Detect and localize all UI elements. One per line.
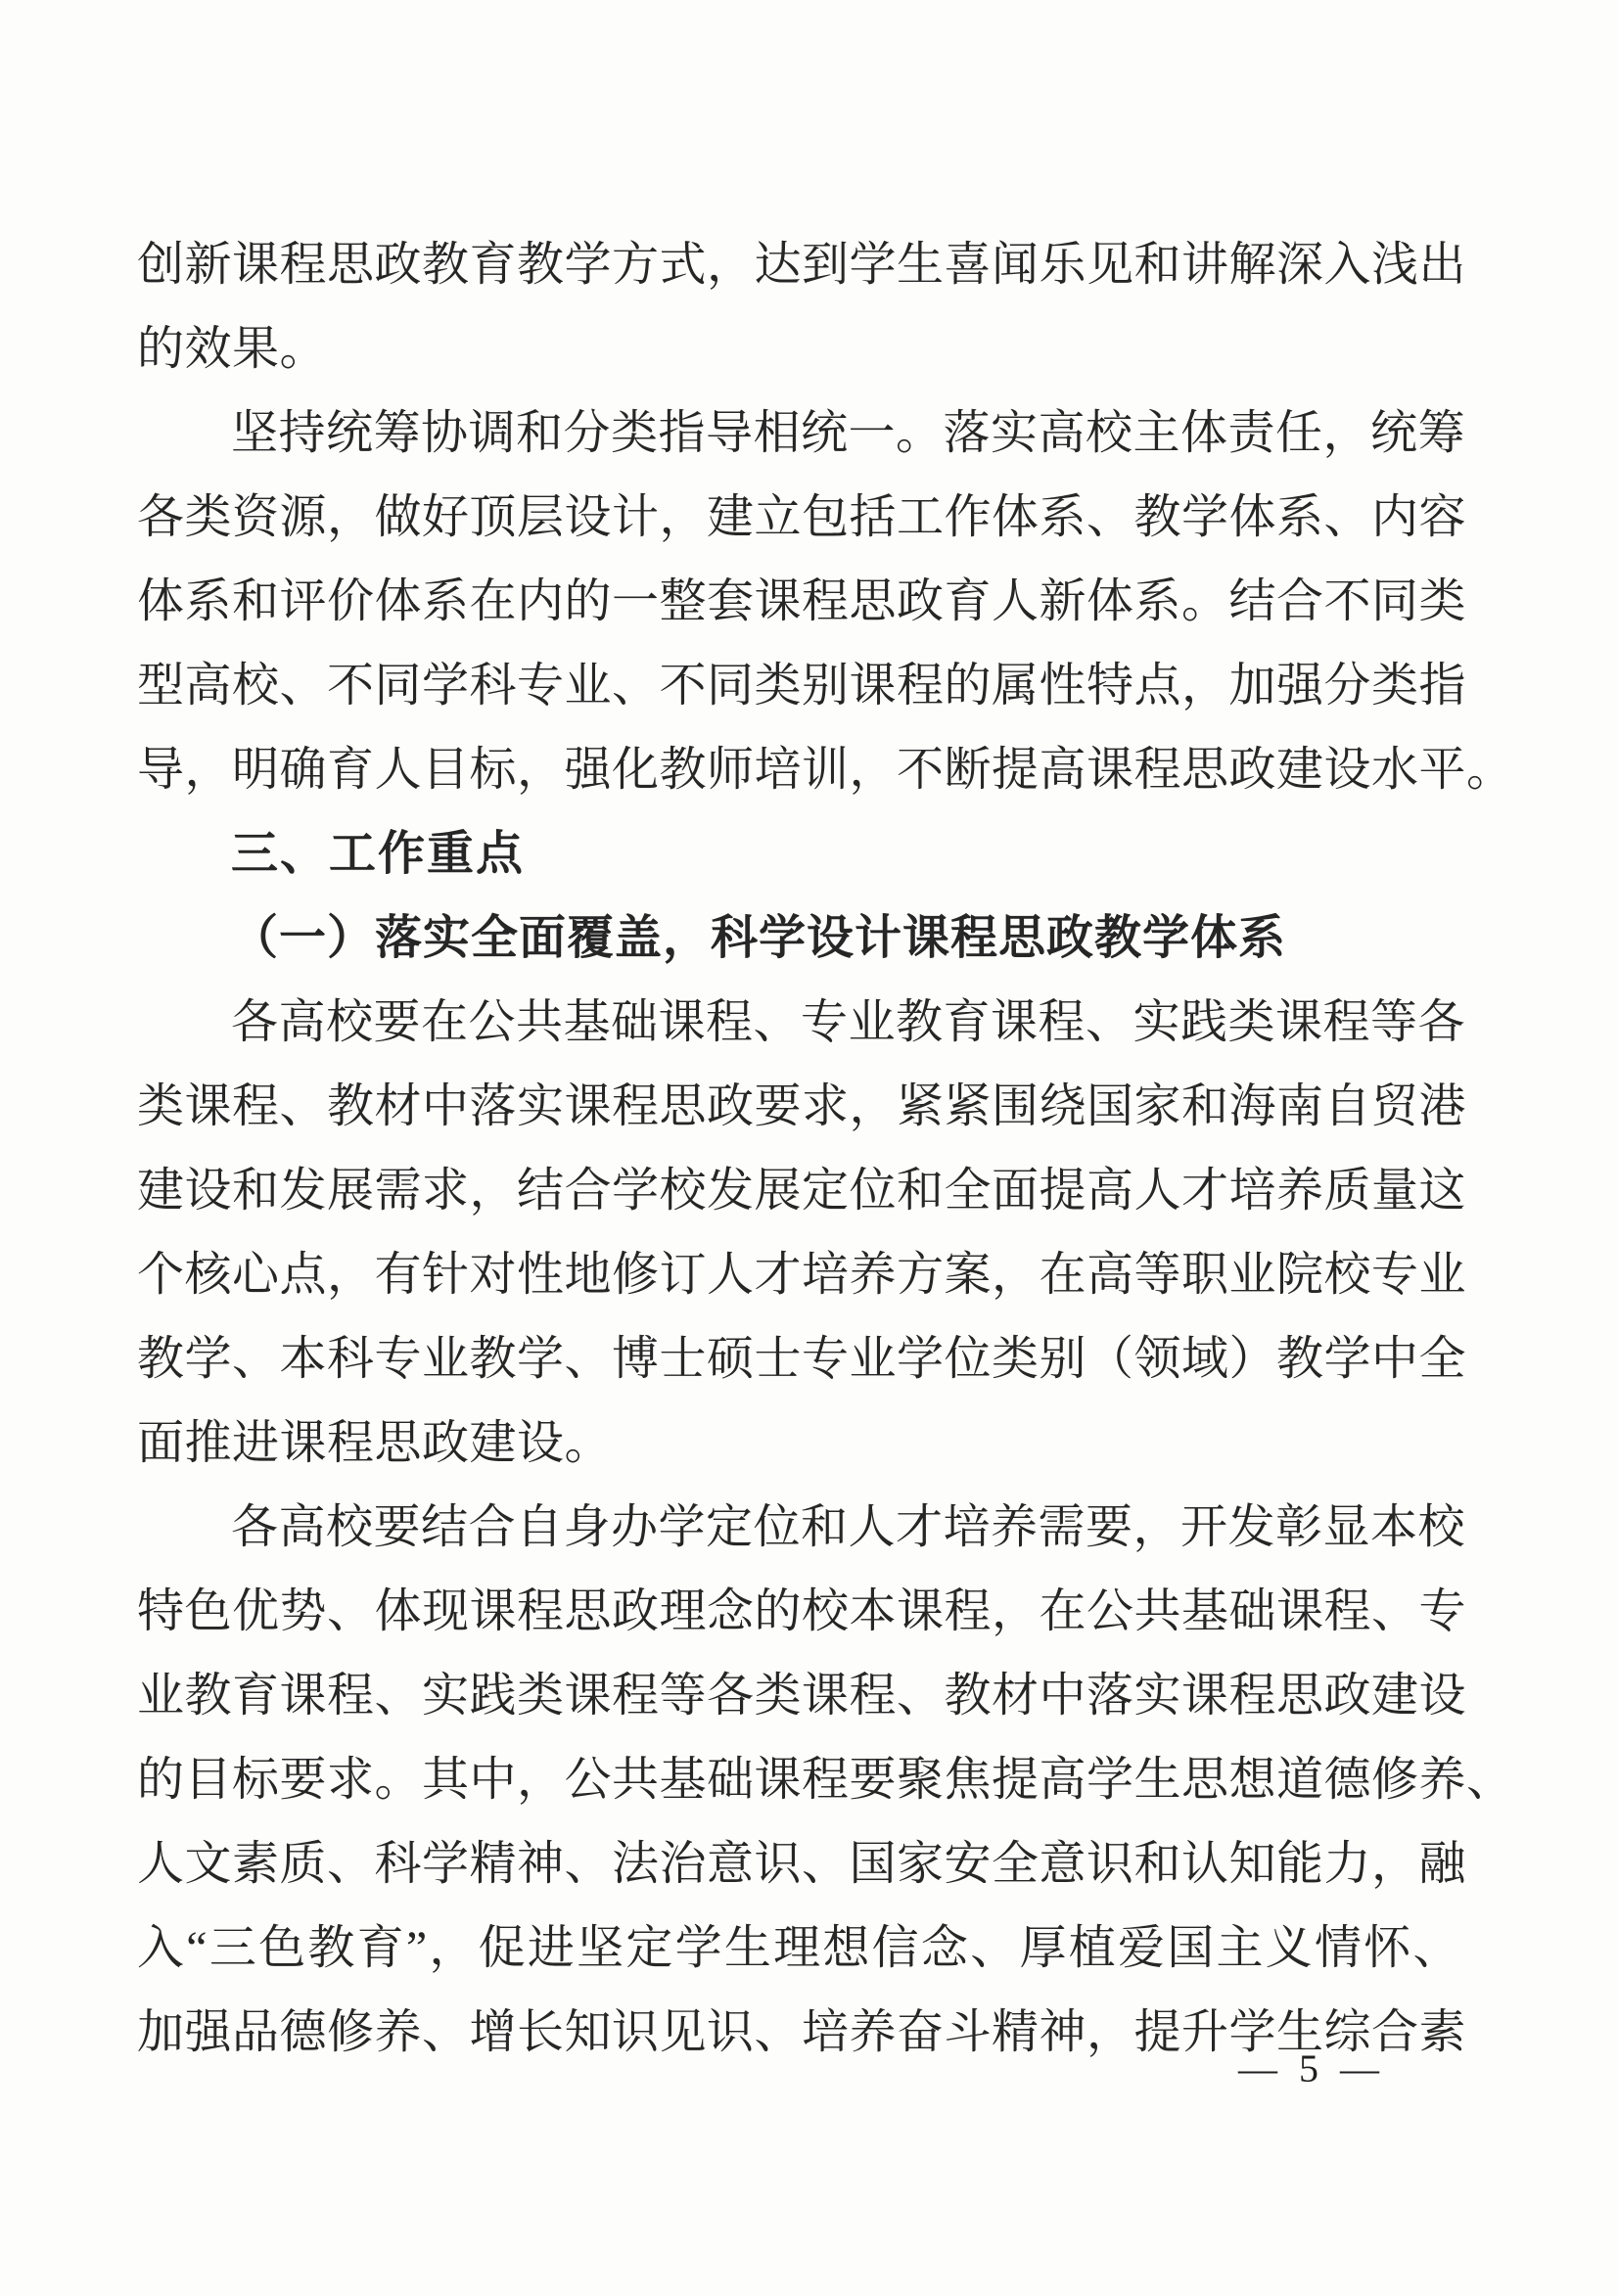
document-line: 面推进课程思政建设。 [137,1401,1460,1486]
document-line: 特色优势、体现课程思政理念的校本课程，在公共基础课程、专 [137,1570,1460,1654]
section-heading: 三、工作重点 [137,812,1460,896]
document-line: 个核心点，有针对性地修订人才培养方案，在高等职业院校专业 [137,1233,1460,1317]
document-line: 建设和发展需求，结合学校发展定位和全面提高人才培养质量这 [137,1149,1460,1233]
document-line: 体系和评价体系在内的一整套课程思政育人新体系。结合不同类 [137,560,1460,644]
document-line: 入“三色教育”，促进坚定学生理想信念、厚植爱国主义情怀、 [137,1906,1460,1991]
document-line: 各类资源，做好顶层设计，建立包括工作体系、教学体系、内容 [137,476,1460,560]
document-line: 类课程、教材中落实课程思政要求，紧紧围绕国家和海南自贸港 [137,1065,1460,1149]
document-line: 教学、本科专业教学、博士硕士专业学位类别（领域）教学中全 [137,1317,1460,1401]
document-line: 的效果。 [137,307,1460,391]
page-number: — 5 — [1238,2045,1385,2092]
document-page: 创新课程思政教育教学方式，达到学生喜闻乐见和讲解深入浅出 的效果。 坚持统筹协调… [0,0,1618,2296]
document-line: 型高校、不同学科专业、不同类别课程的属性特点，加强分类指 [137,644,1460,728]
document-line: 导，明确育人目标，强化教师培训，不断提高课程思政建设水平。 [137,728,1460,812]
document-line: 业教育课程、实践类课程等各类课程、教材中落实课程思政建设 [137,1654,1460,1738]
document-line: 人文素质、科学精神、法治意识、国家安全意识和认知能力，融 [137,1822,1460,1906]
document-line: 各高校要结合自身办学定位和人才培养需要，开发彰显本校 [137,1486,1460,1570]
subsection-heading: （一）落实全面覆盖，科学设计课程思政教学体系 [137,896,1460,981]
document-line: 坚持统筹协调和分类指导相统一。落实高校主体责任，统筹 [137,391,1460,476]
document-body: 创新课程思政教育教学方式，达到学生喜闻乐见和讲解深入浅出 的效果。 坚持统筹协调… [137,223,1460,2075]
document-line: 创新课程思政教育教学方式，达到学生喜闻乐见和讲解深入浅出 [137,223,1460,307]
document-line: 各高校要在公共基础课程、专业教育课程、实践类课程等各 [137,981,1460,1065]
document-line: 的目标要求。其中，公共基础课程要聚焦提高学生思想道德修养、 [137,1738,1460,1822]
